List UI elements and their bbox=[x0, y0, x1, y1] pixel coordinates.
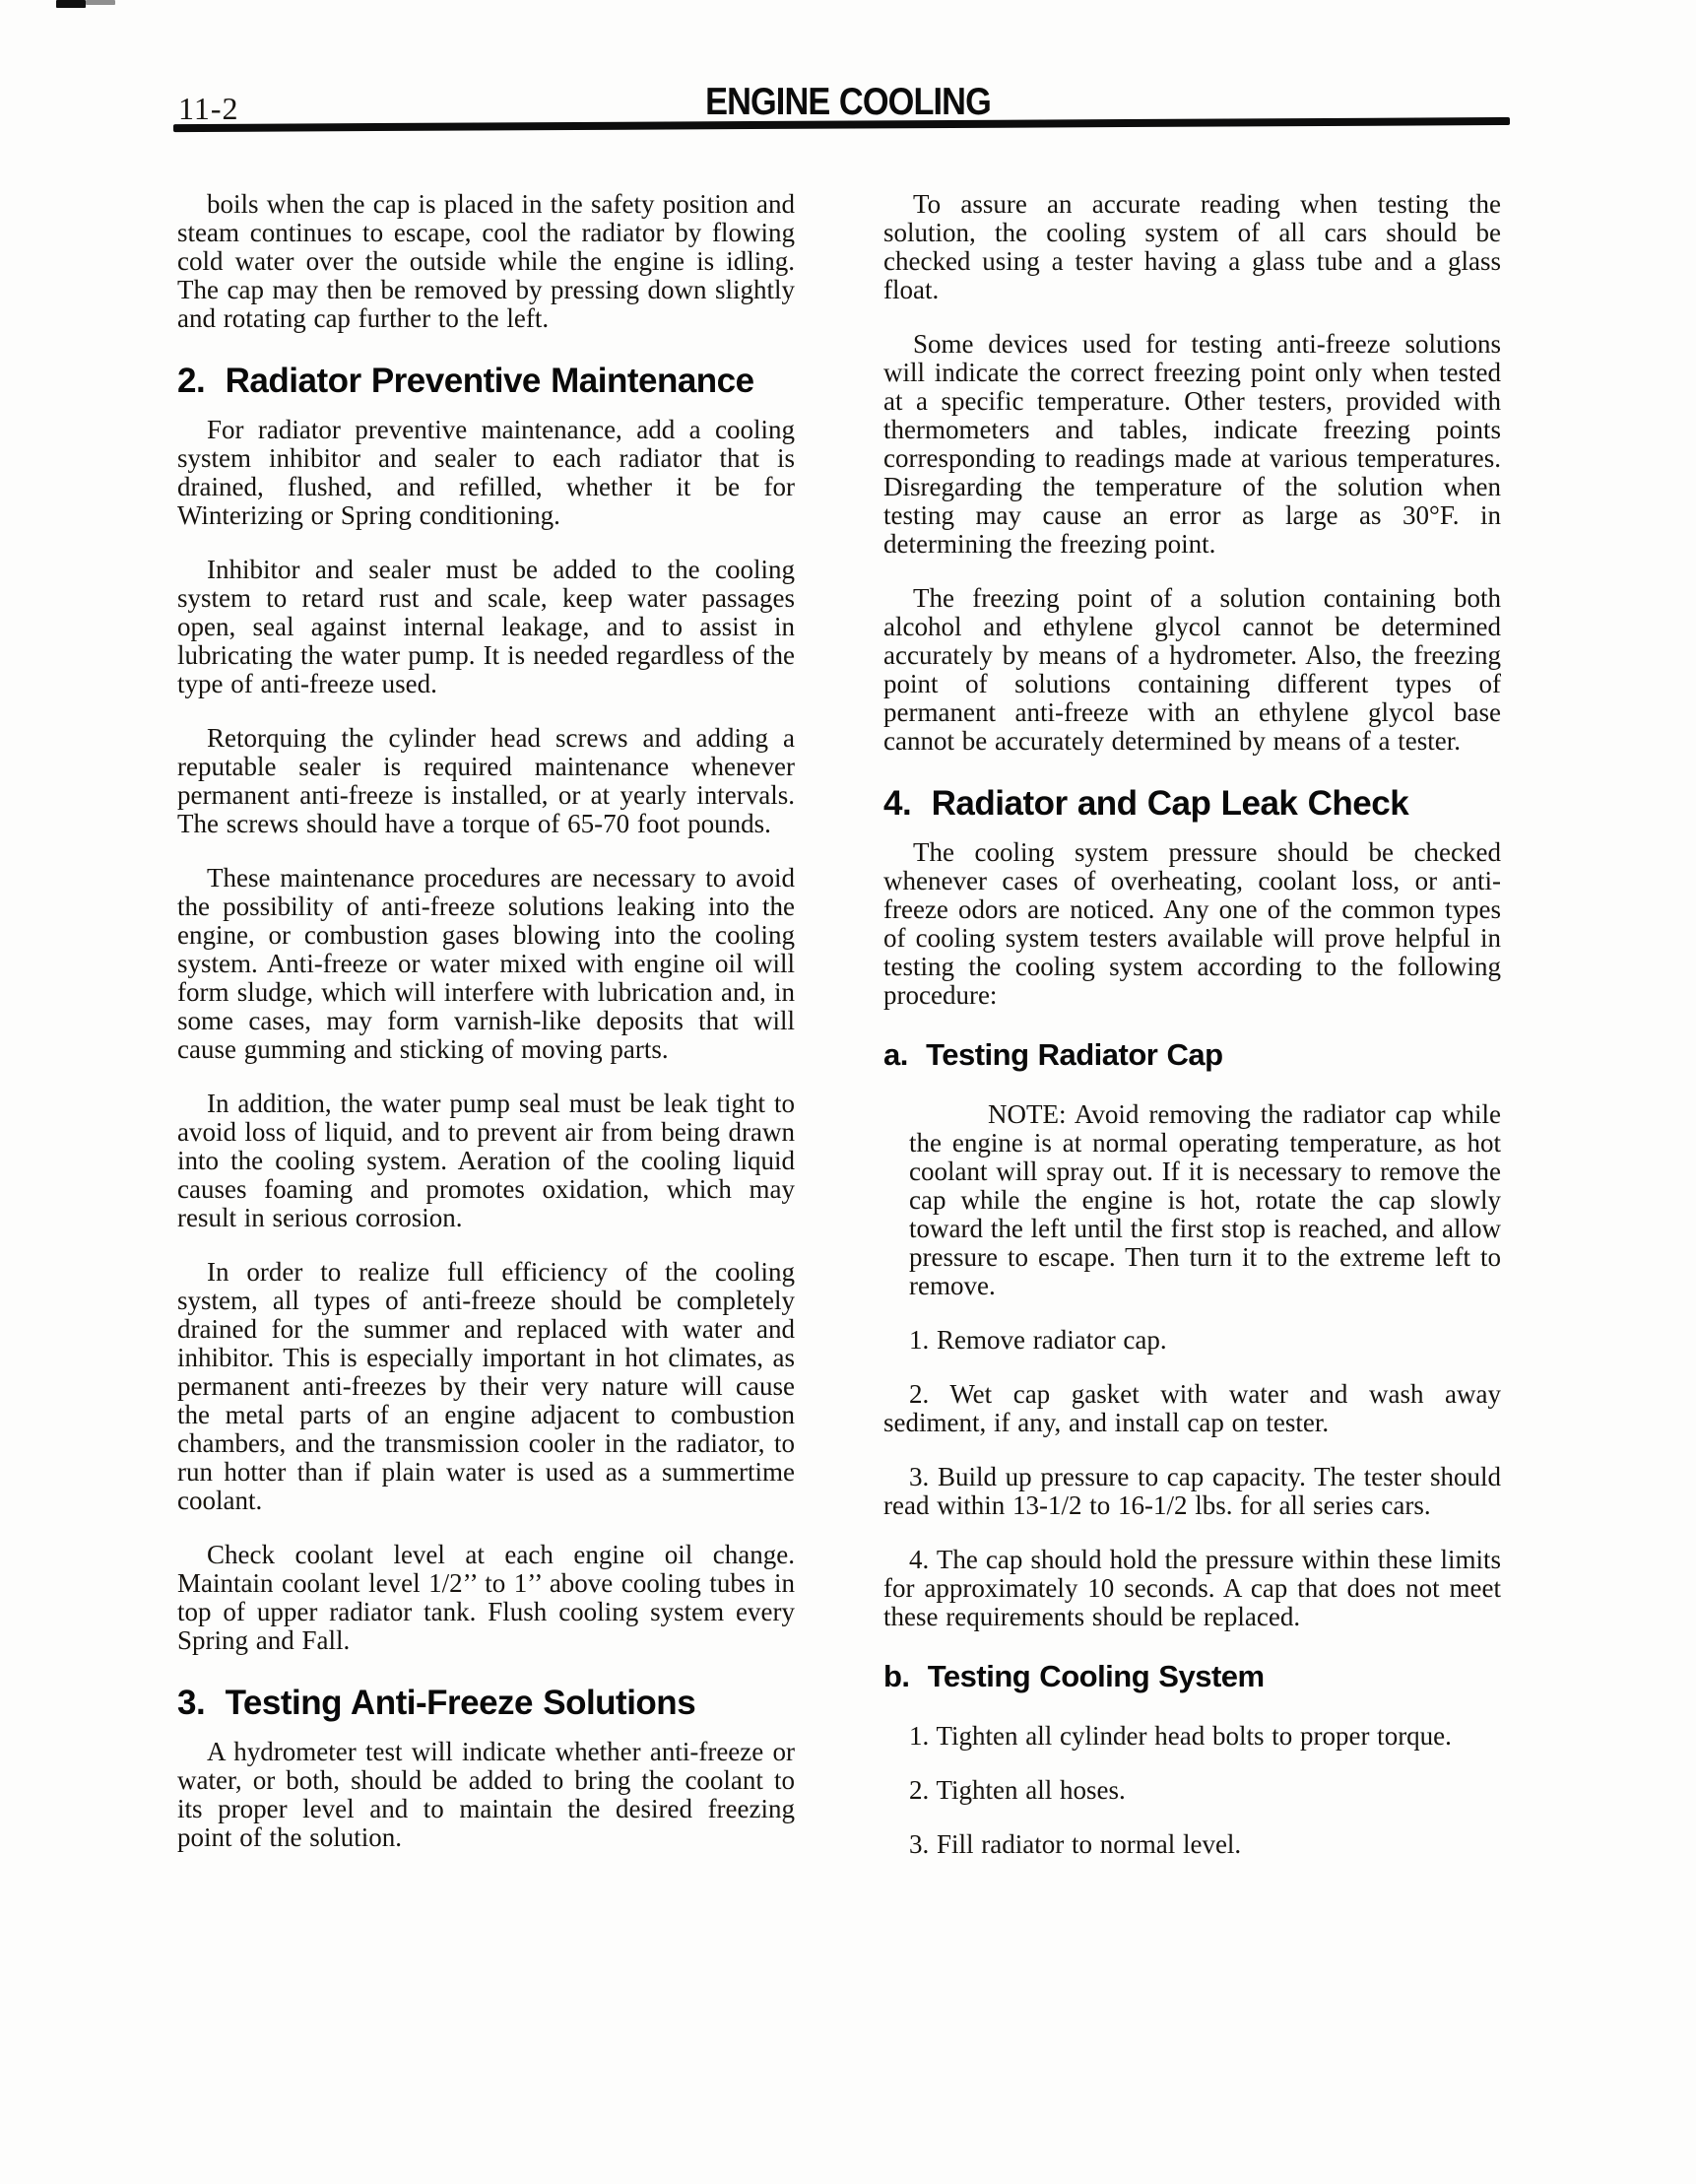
manual-page: 11-2 ENGINE COOLING boils when the cap i… bbox=[0, 0, 1696, 2184]
scan-smudge-mark bbox=[56, 0, 115, 10]
sub-section-heading: a. Testing Radiator Cap bbox=[883, 1035, 1501, 1075]
paragraph: In order to realize full efficiency of t… bbox=[177, 1258, 795, 1515]
paragraph: The freezing point of a solution contain… bbox=[883, 584, 1501, 756]
section-heading: 4. Radiator and Cap Leak Check bbox=[883, 781, 1501, 827]
paragraph: A hydrometer test will indicate whether … bbox=[177, 1738, 795, 1852]
numbered-list-item: 2. Tighten all hoses. bbox=[883, 1776, 1501, 1805]
numbered-list-item: 1. Remove radiator cap. bbox=[883, 1326, 1501, 1355]
paragraph: To assure an accurate reading when testi… bbox=[883, 190, 1501, 304]
paragraph: Inhibitor and sealer must be added to th… bbox=[177, 556, 795, 698]
numbered-list-item: 1. Tighten all cylinder head bolts to pr… bbox=[883, 1722, 1501, 1751]
sub-section-heading: b. Testing Cooling System bbox=[883, 1657, 1501, 1696]
section-heading: 3. Testing Anti-Freeze Solutions bbox=[177, 1681, 795, 1726]
paragraph: In addition, the water pump seal must be… bbox=[177, 1090, 795, 1232]
right-column: To assure an accurate reading when testi… bbox=[883, 190, 1501, 1885]
numbered-list-item: 3. Build up pressure to cap capacity. Th… bbox=[883, 1463, 1501, 1520]
numbered-list-item: 2. Wet cap gasket with water and wash aw… bbox=[883, 1380, 1501, 1437]
paragraph: These maintenance procedures are necessa… bbox=[177, 864, 795, 1064]
page-title: ENGINE COOLING bbox=[101, 83, 1594, 121]
note-paragraph: NOTE: Avoid removing the radiator cap wh… bbox=[909, 1100, 1501, 1300]
numbered-list-item: 4. The cap should hold the pressure with… bbox=[883, 1546, 1501, 1631]
paragraph: The cooling system pressure should be ch… bbox=[883, 838, 1501, 1010]
scan-smudge-light bbox=[86, 0, 115, 5]
paragraph: Some devices used for testing anti-freez… bbox=[883, 330, 1501, 559]
scan-smudge-dark bbox=[56, 0, 86, 8]
numbered-list-item: 3. Fill radiator to normal level. bbox=[883, 1830, 1501, 1859]
paragraph: boils when the cap is placed in the safe… bbox=[177, 190, 795, 333]
section-heading: 2. Radiator Preventive Maintenance bbox=[177, 359, 795, 404]
paragraph: Retorquing the cylinder head screws and … bbox=[177, 724, 795, 838]
paragraph: Check coolant level at each engine oil c… bbox=[177, 1541, 795, 1655]
left-column: boils when the cap is placed in the safe… bbox=[177, 190, 795, 1878]
paragraph: For radiator preventive maintenance, add… bbox=[177, 416, 795, 530]
